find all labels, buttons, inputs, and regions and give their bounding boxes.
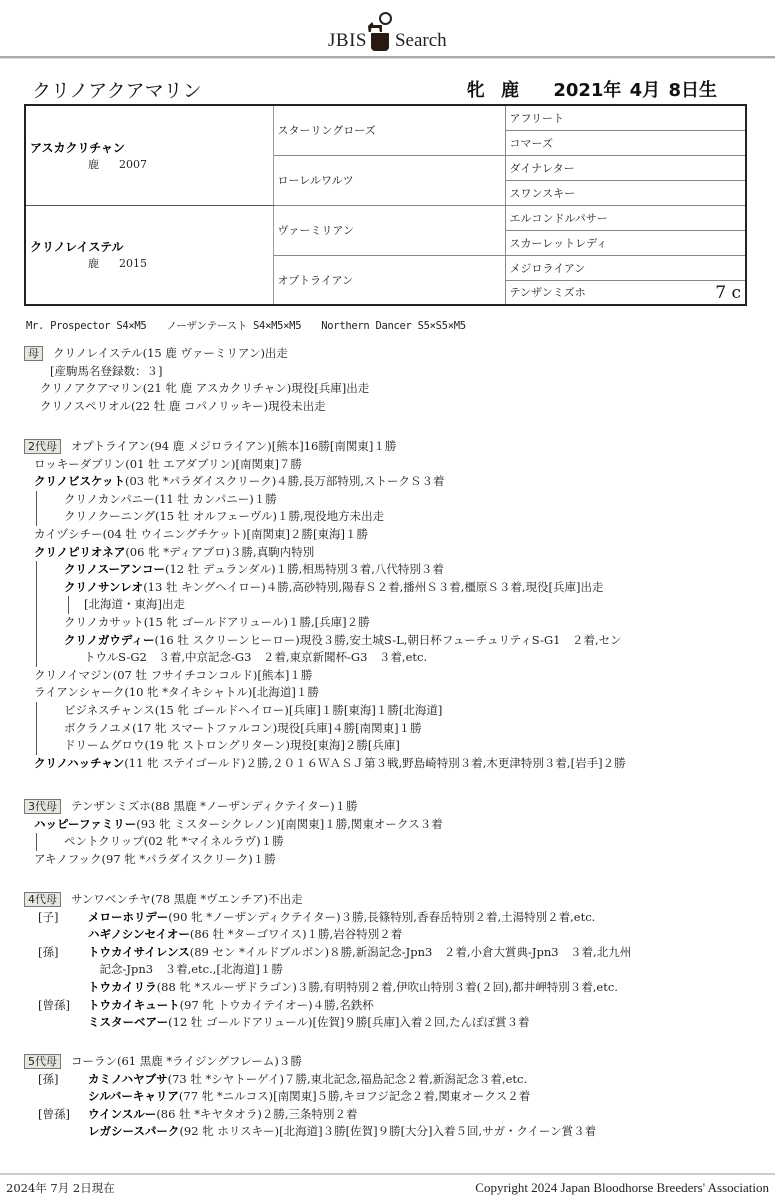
family-member: (77 牝 *ニルコス)[南関東]５勝,キヨフジ記念２着,関東オークス２着 [179,1089,530,1103]
second-dam-head: オプトライアン(94 鹿 メジロライアン)[熊本]16勝[南関東]１勝 [71,439,396,453]
family-member-bold: クリノガウディー [64,633,155,647]
sire-dam[interactable]: ローレルワルツ [273,155,505,205]
family-member: ロッキーダブリン(01 牡 エアダブリン)[南関東]７勝 [34,457,302,471]
relation-label: [曾孫] [24,1106,88,1124]
inbreeding-line: Mr. Prospector S4×M5 ノーザンテースト S4×M5×M5 N… [26,318,480,333]
jbis-search-logo[interactable]: JBIS Search [328,8,447,54]
family-member: トウルS-G2 ３着,中京記念-G3 ２着,東京新聞杯-G3 ３着,etc. [84,650,427,664]
gen3-ancestor[interactable]: ダイナレター [505,155,746,180]
family-member-bold: ウインスルー [88,1107,156,1121]
family-member: ライアンシャーク(10 牝 *タイキシャトル)[北海道]１勝 [34,685,319,699]
family-member: (93 牝 ミスターシクレノン)[南関東]１勝,関東オークス３着 [136,817,443,831]
gen3-ancestor[interactable]: メジロライアン [505,255,746,280]
dam-head: クリノレイステル(15 鹿 ヴァーミリアン)出走 [53,346,288,360]
sire-cell[interactable]: アスカクリチャン 鹿2007 [25,105,273,205]
tree-line [36,702,37,720]
gen3-ancestor[interactable]: スワンスキー [505,180,746,205]
inbreeding-item: ノーザンテースト S4×M5×M5 [166,320,301,332]
family-member: (11 牝 ステイゴールド)２勝,２０１６ＷＡＳＪ第３戦,野島崎特別３着,木更津… [124,756,625,770]
fifth-dam-section: 5代母コーラン(61 黒鹿 *ライジングフレーム)３勝 [孫]カミノハヤブサ(7… [24,1053,596,1141]
family-member: ドリームグロウ(19 牝 ストロングリターン)現役[東海]２勝[兵庫] [64,738,400,752]
family-member: 記念-Jpn3 ３着,etc.,[北海道]１勝 [88,962,283,976]
family-member-bold: トウカイサイレンス [88,945,190,959]
fourth-dam-badge: 4代母 [24,892,61,907]
header: JBIS Search [0,0,775,60]
copyright: Copyright 2024 Japan Bloodhorse Breeders… [475,1180,769,1196]
family-member-bold: カミノハヤブサ [88,1072,168,1086]
dam-dam[interactable]: オプトライアン [273,255,505,305]
tree-line [36,720,37,738]
third-dam-badge: 3代母 [24,799,61,814]
family-member-bold: クリノピリオネア [34,545,125,559]
tree-line [36,596,37,614]
family-member: ビジネスチャンス(15 牝 ゴールドヘイロー)[兵庫]１勝[東海]１勝[北海道] [64,703,442,717]
inbreeding-item: Northern Dancer S5×S5×M5 [321,320,466,332]
family-member-bold: トウカイキュート [88,998,180,1012]
family-member: (03 牝 *パラダイスクリーク)４勝,長万部特別,ストークＳ３着 [125,474,445,488]
gen3-ancestor-name[interactable]: テンザンミズホ [510,286,586,299]
family-member-bold: レガシースパーク [88,1124,179,1138]
horse-magnifier-icon [368,12,394,54]
family-member: [北海道・東海]出走 [84,597,185,611]
gen3-ancestor[interactable]: スカーレットレディ [505,230,746,255]
title-row: クリノアクアマリン 牝 鹿 2021年 4月 8日生 [32,76,747,104]
tree-line [36,737,37,755]
family-member-bold: メローホリデー [88,910,168,924]
gen3-ancestor[interactable]: エルコンドルパサー [505,205,746,230]
family-member: (86 牡 *ターゴワイス)１勝,岩谷特別２着 [190,927,402,941]
family-number: 7 c [715,283,741,303]
family-member: (90 牝 *ノーザンディクテイター)３勝,長篠特別,香春岳特別２着,土湯特別２… [168,910,595,924]
relation-label: [孫] [24,944,88,962]
family-member-bold: クリノハッチャン [34,756,124,770]
sire-sire[interactable]: スターリングローズ [273,105,505,155]
header-divider [0,56,775,59]
third-dam-section: 3代母テンザンミズホ(88 黒鹿 *ノーザンディクテイター)１勝 ハッピーファミ… [24,798,443,868]
fourth-dam-section: 4代母サンワベンチヤ(78 黒鹿 *ヴエンチア)不出走 [子]メローホリデー(9… [24,891,631,1032]
horse-sex: 牝 [467,80,485,101]
offspring-item: クリノスペリオル(22 牡 鹿 コパノリッキー)現役未出走 [40,399,326,413]
tree-line [36,579,37,597]
dam-color: 鹿 [88,257,99,270]
horse-meta: 牝 鹿 2021年 4月 8日生 [459,76,717,102]
pedigree-table: アスカクリチャン 鹿2007 スターリングローズ アフリート コマーズ ローレル… [24,104,747,306]
family-member: クリノカンパニー(11 牡 カンパニー)１勝 [64,492,277,506]
family-member: (88 牝 *スルーザドラゴン)３勝,有明特別２着,伊吹山特別３着(２回),都井… [157,980,618,994]
tree-line [36,833,37,851]
logo-text-search: Search [395,31,447,50]
gen3-ancestor[interactable]: テンザンミズホ 7 c [505,280,746,305]
offspring-item: クリノアクアマリン(21 牝 鹿 アスカクリチャン)現役[兵庫]出走 [40,381,369,395]
footer-divider [0,1173,775,1175]
horse-birth-date: 2021年 4月 8日生 [553,80,717,101]
family-member: (89 セン *イルドブルボン)８勝,新潟記念-Jpn3 ２着,小倉大賞典-Jp… [190,945,632,959]
relation-label: [子] [24,909,88,927]
inbreeding-item: Mr. Prospector S4×M5 [26,320,146,332]
tree-line [36,491,37,509]
family-member-bold: ハギノシンセイオー [88,927,190,941]
family-member: アキノフック(97 牝 *パラダイスクリーク)１勝 [34,852,276,866]
fifth-dam-badge: 5代母 [24,1054,61,1069]
family-member: (92 牝 ホリスキー)[北海道]３勝[佐賀]９勝[大分]入着５回,サガ・クイー… [179,1124,596,1138]
family-member: (12 牡 デュランダル)１勝,相馬特別３着,八代特別３着 [165,562,444,576]
family-member: クリノカサット(15 牝 ゴールドアリュール)１勝,[兵庫]２勝 [64,615,370,629]
sire-name[interactable]: アスカクリチャン [30,139,273,156]
offspring-count: [産駒馬名登録数：３] [50,364,162,378]
family-member: ペントクリップ(02 牝 *マイネルラヴ)１勝 [64,834,284,848]
family-member: (13 牡 キングヘイロー)４勝,高砂特別,陽春Ｓ２着,播州Ｓ３着,橿原Ｓ３着,… [143,580,603,594]
sire-color: 鹿 [88,158,99,171]
tree-line [68,596,69,614]
family-member: (73 牡 *シヤトーゲイ)７勝,東北記念,福島記念２着,新潟記念３着,etc. [168,1072,528,1086]
tree-line [36,649,37,667]
family-member-bold: クリノサンレオ [64,580,143,594]
third-dam-head: テンザンミズホ(88 黒鹿 *ノーザンディクテイター)１勝 [71,799,358,813]
family-member: カイヅシチー(04 牡 ウイニングチケット)[南関東]２勝[東海]１勝 [34,527,368,541]
dam-badge: 母 [24,346,43,361]
family-member-bold: トウカイリラ [88,980,157,994]
family-member: (86 牡 *キヤタオラ)２勝,三条特別２着 [156,1107,357,1121]
sire-year: 2007 [119,158,147,171]
dam-sire[interactable]: ヴァーミリアン [273,205,505,255]
gen3-ancestor[interactable]: アフリート [505,105,746,130]
as-of-date: 2024年 7月 2日現在 [6,1180,115,1196]
gen3-ancestor[interactable]: コマーズ [505,130,746,155]
dam-name[interactable]: クリノレイステル [30,238,273,255]
family-member: クリノクーニング(15 牡 オルフェーヴル)１勝,現役地方未出走 [64,509,384,523]
relation-label: [孫] [24,1071,88,1089]
family-member: (12 牡 ゴールドアリュール)[佐賀]９勝[兵庫]入着２回,たんぽぽ賞３着 [168,1015,529,1029]
horse-color: 鹿 [501,80,519,101]
dam-year: 2015 [119,257,147,270]
tree-line [36,561,37,579]
dam-section: 母クリノレイステル(15 鹿 ヴァーミリアン)出走 [産駒馬名登録数：３] クリ… [24,345,369,415]
family-member-bold: クリノスーアンコー [64,562,165,576]
tree-line [36,508,37,526]
family-member-bold: ハッピーファミリー [34,817,136,831]
family-member: ボクラノユメ(17 牝 スマートファルコン)現役[兵庫]４勝[南関東]１勝 [64,721,422,735]
family-member: (06 牝 *ディアブロ)３勝,真駒内特別 [125,545,314,559]
fifth-dam-head: コーラン(61 黒鹿 *ライジングフレーム)３勝 [71,1054,302,1068]
family-member: (97 牝 トウカイテイオー)４勝,名鉄杯 [180,998,374,1012]
fourth-dam-head: サンワベンチヤ(78 黒鹿 *ヴエンチア)不出走 [71,892,303,906]
second-dam-badge: 2代母 [24,439,61,454]
family-member: クリノイマジン(07 牡 フサイチコンコルド)[熊本]１勝 [34,668,312,682]
tree-line [36,614,37,632]
dam-cell[interactable]: クリノレイステル 鹿2015 [25,205,273,305]
family-member-bold: シルバーキャリア [88,1089,179,1103]
horse-name: クリノアクアマリン [32,76,202,103]
family-member-bold: クリノビスケット [34,474,125,488]
relation-label: [曾孫] [24,997,88,1015]
logo-text-jbis: JBIS [328,31,367,50]
family-member: (16 牡 スクリーンヒーロー)現役３勝,安土城S-L,朝日杯フューチュリティS… [155,633,622,647]
second-dam-section: 2代母オプトライアン(94 鹿 メジロライアン)[熊本]16勝[南関東]１勝 ロ… [24,438,626,772]
family-member-bold: ミスターベアー [88,1015,168,1029]
tree-line [36,632,37,650]
